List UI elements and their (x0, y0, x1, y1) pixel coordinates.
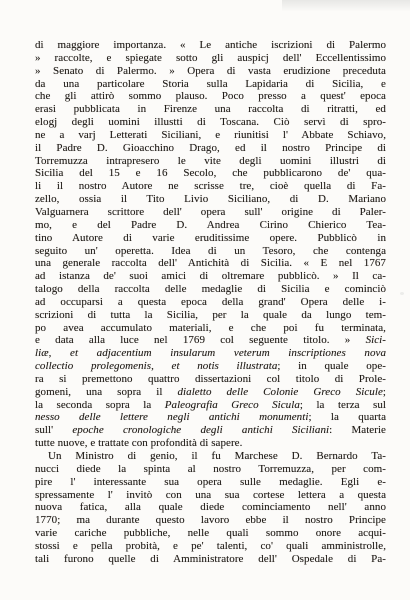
text-line: Valguarnera scrittore dell' opera sull' … (35, 206, 386, 219)
italic-text-segment: Sici- (366, 334, 386, 346)
italic-text-segment: Paleografia Greco Sicula (165, 399, 300, 411)
text-segment: ne a varj Letterati Siciliani, e riuniti… (35, 129, 386, 141)
text-line: nuova fatica, alla quale diede cominciam… (35, 501, 386, 514)
italic-text-segment: nesso delle lettere negli antichi monume… (35, 411, 308, 423)
text-segment: che gli attirò sommo plauso. Poco presso… (35, 90, 386, 102)
text-line: di maggiore importanza. « Le antiche isc… (35, 39, 386, 52)
text-line: nucci diede la spinta al nostro Torremuz… (35, 463, 386, 476)
text-segment: li il nostro Autore ne scrisse tre, cioè… (35, 180, 386, 192)
text-line: sull' epoche cronologiche degli antichi … (35, 424, 386, 437)
text-segment: erasi pubblicata in Firenze una raccolta… (35, 103, 386, 115)
text-segment: e data alla luce nel 1769 col seguente t… (35, 334, 366, 346)
text-segment: ad occuparsi a questa epoca della grand'… (35, 296, 386, 308)
text-segment: ; in quale ope- (277, 360, 386, 372)
text-line: gomeni, una sopra il dialetto delle Colo… (35, 386, 386, 399)
text-line: nesso delle lettere negli antichi monume… (35, 411, 386, 424)
italic-text-segment: epoche cronologiche degli antichi Sicili… (72, 424, 329, 436)
text-segment: tutte nuove, e trattate con profondità d… (35, 437, 242, 449)
text-line: po avea accumulato materiali, e che poi … (35, 322, 386, 335)
text-segment: Sicilia del 15 e 16 Secolo, che pubblica… (35, 167, 386, 179)
text-segment: nuova fatica, alla quale diede cominciam… (35, 501, 386, 513)
text-segment: la seconda sopra la (35, 399, 165, 411)
text-line: elogj degli uomini illustti di Toscana. … (35, 116, 386, 129)
text-segment: ra si premettono quattro dissertazioni c… (35, 373, 386, 385)
text-segment: sull' (35, 424, 72, 436)
text-segment: ; (383, 386, 386, 398)
text-segment: spressamente l' invitò con una sua corte… (35, 489, 386, 501)
text-segment: scrizioni di tutta la Sicilia, per la qu… (35, 309, 386, 321)
text-segment: 1770; ma durante questo lavoro ebbe il n… (35, 514, 386, 526)
text-segment: » Senato di Palermo. » Opera di vasta er… (35, 65, 386, 77)
text-segment: elogj degli uomini illustti di Toscana. … (35, 116, 386, 128)
text-line: Un Ministro di genio, il fu Marchese D. … (35, 450, 386, 463)
text-line: scrizioni di tutta la Sicilia, per la qu… (35, 309, 386, 322)
text-line: mo, e del Padre D. Andrea Cirino Chieric… (35, 219, 386, 232)
text-segment: di maggiore importanza. « Le antiche isc… (35, 39, 386, 51)
text-line: il Padre D. Gioacchino Drago, ed il nost… (35, 142, 386, 155)
text-line: ne a varj Letterati Siciliani, e riuniti… (35, 129, 386, 142)
scan-speck (400, 292, 404, 295)
text-line: tali furono quelle di Amministratore del… (35, 553, 386, 566)
text-segment: tali furono quelle di Amministratore del… (35, 553, 386, 565)
text-line: 1770; ma durante questo lavoro ebbe il n… (35, 514, 386, 527)
italic-text-segment: liæ, et adjacentium insularum veterum in… (35, 347, 386, 359)
text-line: ad istanza de' suoi amici di oltremare p… (35, 270, 386, 283)
text-segment: » raccolte, e spiegate sotto gli auspicj… (35, 52, 386, 64)
text-line: ra si premettono quattro dissertazioni c… (35, 373, 386, 386)
text-segment: gomeni, una sopra il (35, 386, 177, 398)
text-line: tutte nuove, e trattate con profondità d… (35, 437, 386, 450)
page-text: di maggiore importanza. « Le antiche isc… (35, 39, 386, 566)
text-segment: Un Ministro di genio, il fu Marchese D. … (48, 450, 386, 462)
text-line: collectio prolegomenis, et notis illustr… (35, 360, 386, 373)
text-line: seguito un' operetta. Idea di un Tesoro,… (35, 245, 386, 258)
text-line: ad occuparsi a questa epoca della grand'… (35, 296, 386, 309)
text-line: stossi e pella probità, e pe' talenti, c… (35, 540, 386, 553)
italic-text-segment: dialetto delle Colonie Greco Sicule (177, 386, 382, 398)
text-segment: il Padre D. Gioacchino Drago, ed il nost… (35, 142, 386, 154)
text-segment: ad istanza de' suoi amici di oltremare p… (35, 270, 386, 282)
scan-shading-top-right (282, 0, 410, 13)
text-segment: varie cariche pubbliche, nelle quali som… (35, 527, 386, 539)
text-line: e data alla luce nel 1769 col seguente t… (35, 334, 386, 347)
text-line: Torremuzza intrapresero le vite degli uo… (35, 155, 386, 168)
text-segment: pire l' interessante sua opera sulle med… (35, 476, 386, 488)
text-segment: stossi e pella probità, e pe' talenti, c… (35, 540, 386, 552)
text-segment: Valguarnera scrittore dell' opera sull' … (35, 206, 386, 218)
text-line: pire l' interessante sua opera sulle med… (35, 476, 386, 489)
text-line: talogo della raccolta delle medaglie di … (35, 283, 386, 296)
text-segment: po avea accumulato materiali, e che poi … (35, 322, 386, 334)
text-segment: ; la quarta (308, 411, 386, 423)
text-line: una generale raccolta dell' Antichità di… (35, 257, 386, 270)
text-line: » raccolte, e spiegate sotto gli auspicj… (35, 52, 386, 65)
text-segment: da una particolare Storia sulla Lapidari… (35, 78, 386, 90)
text-line: la seconda sopra la Paleografia Greco Si… (35, 399, 386, 412)
text-line: erasi pubblicata in Firenze una raccolta… (35, 103, 386, 116)
text-line: li il nostro Autore ne scrisse tre, cioè… (35, 180, 386, 193)
text-segment: ; la terza sul (300, 399, 386, 411)
text-segment: Torremuzza intrapresero le vite degli uo… (35, 155, 386, 167)
text-segment: mo, e del Padre D. Andrea Cirino Chieric… (35, 219, 386, 231)
book-page: di maggiore importanza. « Le antiche isc… (0, 0, 410, 600)
italic-text-segment: collectio prolegomenis, et notis illustr… (35, 360, 277, 372)
text-line: liæ, et adjacentium insularum veterum in… (35, 347, 386, 360)
text-line: tino Autore di varie eruditissime opere.… (35, 232, 386, 245)
text-segment: nucci diede la spinta al nostro Torremuz… (35, 463, 386, 475)
text-line: Sicilia del 15 e 16 Secolo, che pubblica… (35, 167, 386, 180)
text-line: zello, ossia il Tito Livio Siciliano, di… (35, 193, 386, 206)
text-segment: talogo della raccolta delle medaglie di … (35, 283, 386, 295)
text-line: da una particolare Storia sulla Lapidari… (35, 78, 386, 91)
text-segment: : Materie (329, 424, 386, 436)
text-line: spressamente l' invitò con una sua corte… (35, 489, 386, 502)
text-segment: tino Autore di varie eruditissime opere.… (35, 232, 386, 244)
text-segment: zello, ossia il Tito Livio Siciliano, di… (35, 193, 386, 205)
text-segment: seguito un' operetta. Idea di un Tesoro,… (35, 245, 386, 257)
text-line: » Senato di Palermo. » Opera di vasta er… (35, 65, 386, 78)
text-line: varie cariche pubbliche, nelle quali som… (35, 527, 386, 540)
text-line: che gli attirò sommo plauso. Poco presso… (35, 90, 386, 103)
text-segment: una generale raccolta dell' Antichità di… (35, 257, 386, 269)
